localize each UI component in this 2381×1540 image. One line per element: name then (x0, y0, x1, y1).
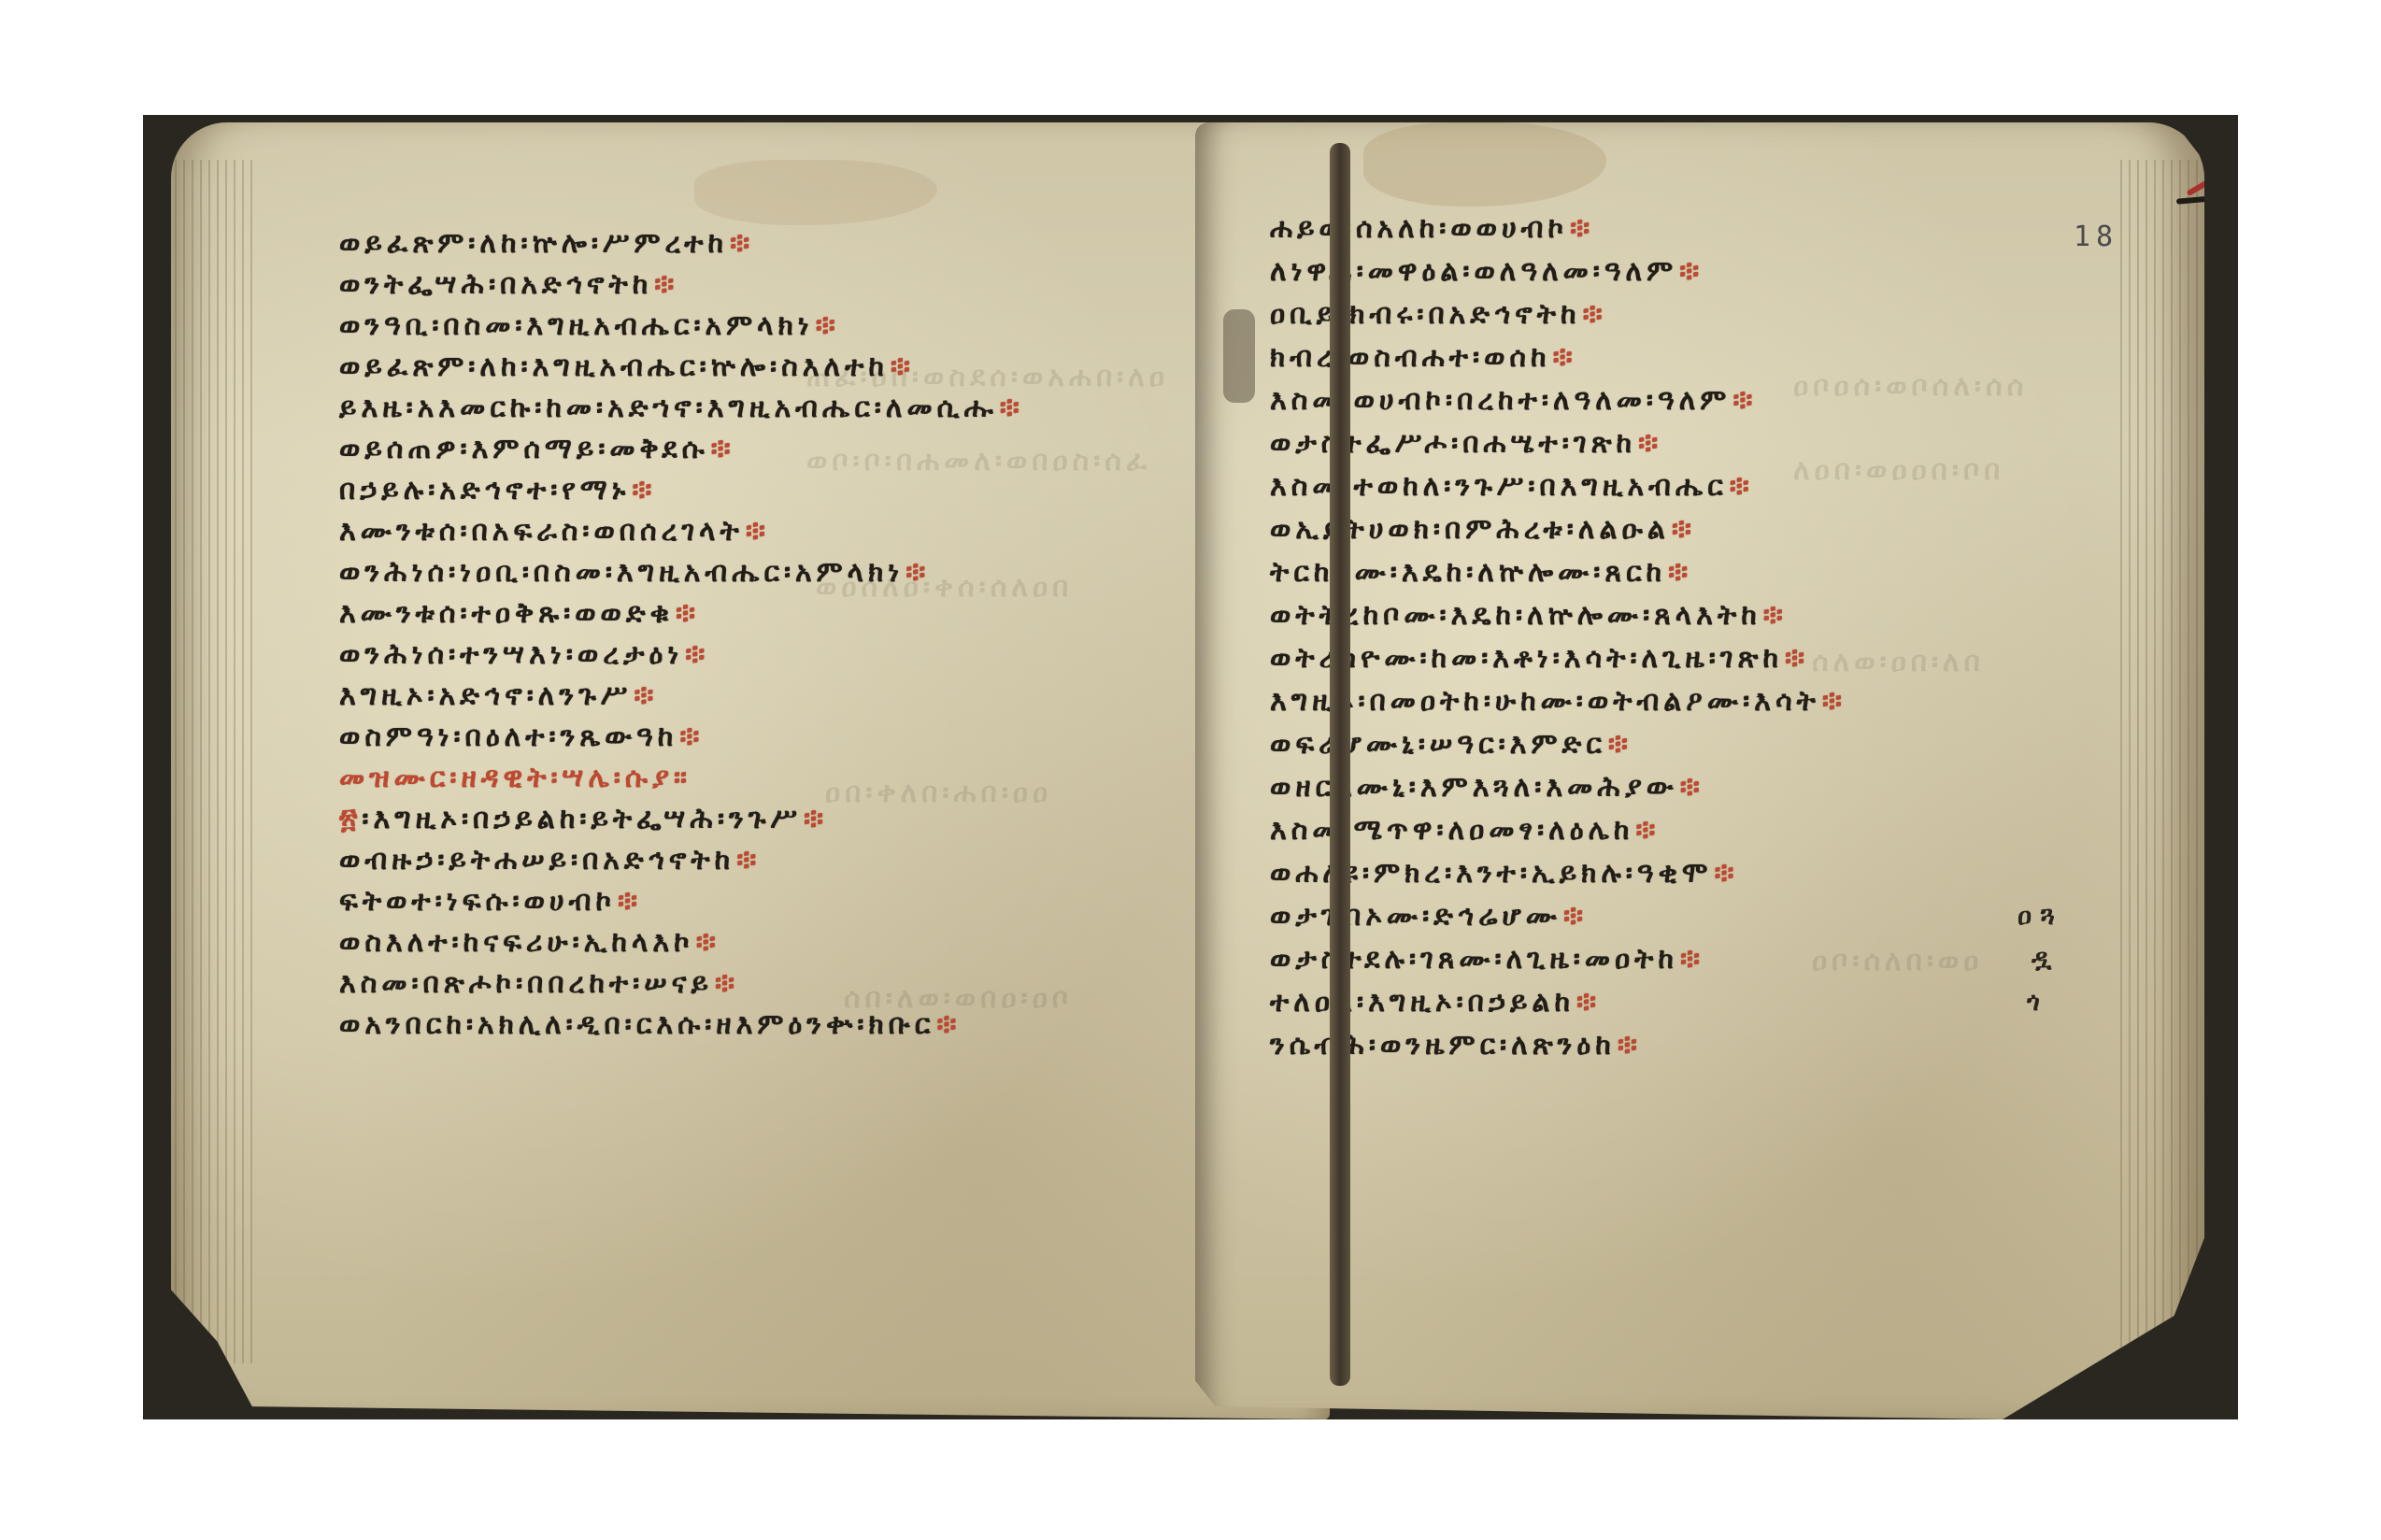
verse-stop: ፨ (1822, 685, 1846, 718)
text-line: ወይፈጽም፡ለከ፡እግዚአብሔር፡ኵሎ፡ስእለተከ፨ (339, 350, 915, 383)
page-edge-right (2120, 160, 2204, 1363)
text-line: ወይሰጠዎ፡እምሰማይ፡መቅደሱ፨ (339, 433, 735, 465)
text-line: እሙንቱሰ፡በአፍራስ፡ወበሰረገላት፨ (339, 515, 770, 548)
verse-stop: ፨ (936, 1008, 961, 1041)
verse-stop: ፨ (1714, 857, 1738, 890)
verse-stop: ፨ (654, 268, 678, 301)
verse-stop: ፨ (905, 556, 930, 589)
text-line: እሙንቱሰ፡ተዐቅጹ፡ወወድቁ፨ (339, 597, 700, 630)
page-edge-left (175, 160, 259, 1363)
water-stain (1363, 122, 1606, 207)
text-line: እስመ፡በጽሖኮ፡በበረከተ፡ሠናይ፨ (339, 967, 739, 1000)
text-line: በኃይሉ፡አድኅኖተ፡የማኑ፨ (339, 474, 656, 506)
verse-stop: ፨ (746, 515, 770, 548)
text-line: ክብረ፡ወስብሐተ፡ወሰከ፨ (1270, 341, 1577, 374)
text-line: ሐይወ፡ሰአለከ፡ወወሀብኮ፨ (1270, 212, 1594, 245)
book-gutter (1330, 143, 1350, 1386)
text-line: ወይፈጽም፡ለከ፡ኵሎ፡ሥምረተከ፨ (339, 227, 754, 260)
verse-stop: ፨ (1668, 556, 1692, 589)
verse-stop: ፨ (1679, 255, 1704, 288)
text-line: ወብዙኃ፡ይትሐሠይ፡በአድኅኖትከ፨ (339, 844, 761, 877)
water-stain (694, 160, 937, 225)
text-line: ተለዐል፡እግዚኦ፡በኃይልከ፨ (1270, 986, 1601, 1019)
verse-stop: ፨ (632, 474, 656, 506)
margin-note: ጎ (2027, 986, 2040, 1018)
verse-stop: ፨ (711, 433, 735, 465)
text-line: ወንሕነሰ፡ነዐቢ፡በስመ፡እግዚአብሔር፡አምላክነ፨ (339, 556, 930, 589)
rubric-heading: መዝሙር፡ዘዳዊት፡ሣሌ፡ሱያ። (339, 762, 691, 794)
verse-stop: ፨ (1563, 900, 1588, 933)
verse-stop: ፨ (736, 844, 761, 877)
text-line: ፍትወተ፡ነፍሱ፡ወሀብኮ፨ (339, 885, 642, 918)
verse-stop: ፨ (816, 309, 840, 342)
margin-note: ዷ (2032, 943, 2051, 975)
verse-stop: ፨ (1608, 728, 1632, 761)
left-page: ጠፈ፡ዐበ፡ወስደሰ፡ወአሐበ፡ለዐ ወቦ፡ቦ፡በሐመለ፡ወበዐስ፡ሰፈ ወዐሰ… (171, 122, 1330, 1419)
folio-number: 18 (2074, 221, 2118, 253)
verse-stop: ፨ (1680, 943, 1704, 976)
text-line: ወንትፌሣሕ፡በአድኅኖትከ፨ (339, 268, 678, 301)
verse-stop: ፨ (1000, 392, 1024, 424)
verse-stop: ፨ (1680, 771, 1704, 804)
verse-stop: ፨ (891, 350, 915, 383)
verse-stop: ፨ (1638, 427, 1662, 460)
ink-blot (1223, 309, 1255, 403)
manuscript-photo: ጠፈ፡ዐበ፡ወስደሰ፡ወአሐበ፡ለዐ ወቦ፡ቦ፡በሐመለ፡ወበዐስ፡ሰፈ ወዐሰ… (143, 115, 2238, 1419)
margin-note: ዐ ጓ (2017, 900, 2055, 932)
text-line: ወፍሬሆሙኒ፡ሠዓር፡እምድር፨ (1270, 728, 1632, 761)
verse-stop: ፨ (804, 803, 828, 835)
verse-stop: ፨ (1553, 341, 1577, 374)
text-line: ንሴብሕ፡ወንዜምር፡ለጽንዕከ፨ (1270, 1029, 1642, 1062)
verse-stop: ፨ (1618, 1029, 1642, 1062)
verse-stop: ፨ (696, 926, 720, 959)
text-line: ወንሕነሰ፡ተንሣእነ፡ወረታዕነ፨ (339, 638, 709, 671)
verse-stop: ፨ (676, 597, 700, 630)
text-line: እግዚኦ፡አድኅኖ፡ለንጉሥ፨ (339, 679, 658, 712)
verse-stop: ፨ (685, 638, 709, 671)
text-line: ወንዓቢ፡በስመ፡እግዚአብሔር፡አምላክነ፨ (339, 309, 840, 342)
verse-stop: ፨ (1576, 986, 1601, 1019)
text-line: ወስእለተ፡ከናፍሪሁ፡ኢከላእኮ፨ (339, 926, 720, 959)
text-line: ይእዜ፡አእመርኩ፡ከመ፡አድኀኖ፡እግዚአብሔር፡ለመሲሑ፨ (339, 392, 1024, 424)
text-line: ወታገብኦሙ፡ድኅሬሆሙ፨ (1270, 900, 1588, 933)
verse-stop: ፨ (1785, 642, 1809, 675)
text-line: ወትረስዮሙ፡ከመ፡እቶነ፡እሳት፡ለጊዜ፡ገጽከ፨ (1270, 642, 1809, 675)
verse-stop: ፨ (1672, 513, 1696, 546)
verse-stop: ፨ (1763, 599, 1788, 632)
text-line: ወስምዓነ፡በዕለተ፡ንጼውዓከ፨ (339, 720, 704, 753)
verse-stop: ፨ (679, 720, 704, 753)
verse-number: ፳ (339, 803, 362, 835)
verse-stop: ፨ (730, 227, 754, 260)
verse-stop: ፨ (1635, 814, 1660, 847)
verse-stop: ፨ (618, 885, 642, 918)
text-line: ወአንበርከ፡አክሊለ፡ዲበ፡ርእሱ፡ዘእምዕንቍ፡ክቡር፨ (339, 1008, 961, 1041)
verse-stop: ፨ (715, 967, 739, 1000)
text-line: ዐቢይ፡ክብሩ፡በአድኅኖትከ፨ (1270, 298, 1607, 331)
verse-stop: ፨ (1732, 384, 1757, 417)
text-line: እስመ፡ሜጥዋ፡ለዐመፃ፡ለዕሌከ፨ (1270, 814, 1660, 847)
verse-stop: ፨ (1583, 298, 1607, 331)
verse-stop: ፨ (634, 679, 658, 712)
text-line: ፳፡እግዚኦ፡በኃይልከ፡ይትፌሣሕ፡ንጉሥ፨ (339, 803, 828, 835)
verse-stop: ፨ (1730, 470, 1754, 503)
text-line: እግዚኦ፡በመዐትከ፡ሁከሙ፡ወትብልዖሙ፡እሳት፨ (1270, 685, 1846, 718)
verse-stop: ፨ (1570, 212, 1594, 245)
